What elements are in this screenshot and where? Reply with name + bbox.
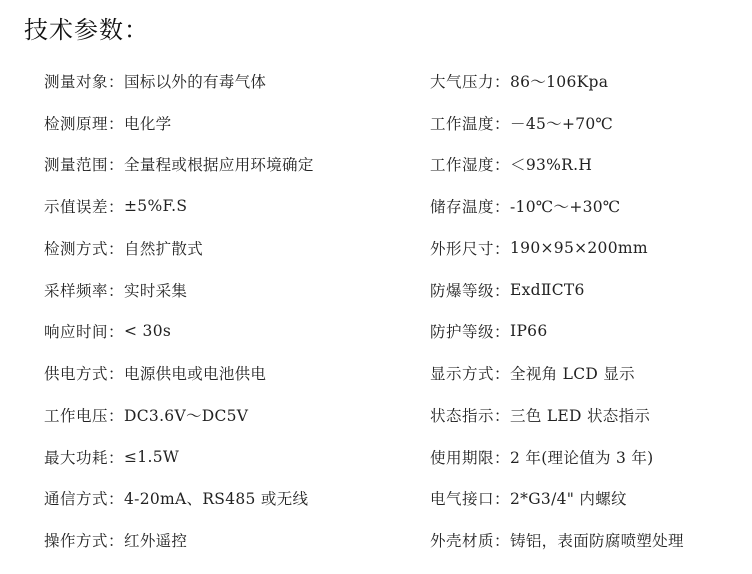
spec-label: 工作湿度： bbox=[430, 153, 510, 175]
spec-column-right: 大气压力：86～106Kpa 工作温度：－45～+70℃ 工作湿度：＜93%R.… bbox=[430, 60, 684, 561]
spec-row-power-supply: 供电方式：电源供电或电池供电 bbox=[44, 352, 314, 394]
spec-row-detection-principle: 检测原理：电化学 bbox=[44, 102, 314, 144]
spec-label: 储存温度： bbox=[430, 195, 510, 217]
spec-label: 外形尺寸： bbox=[430, 237, 510, 259]
spec-value: 电化学 bbox=[124, 112, 171, 134]
spec-row-working-voltage: 工作电压：DC3.6V～DC5V bbox=[44, 394, 314, 436]
spec-value: ＜93%R.H bbox=[510, 153, 592, 175]
spec-row-protection-level: 防护等级：IP66 bbox=[430, 311, 684, 353]
spec-value: 电源供电或电池供电 bbox=[124, 362, 266, 384]
spec-value: 全视角 LCD 显示 bbox=[510, 362, 635, 384]
spec-label: 状态指示： bbox=[430, 404, 510, 426]
spec-row-working-humidity: 工作湿度：＜93%R.H bbox=[430, 144, 684, 186]
spec-row-storage-temperature: 储存温度：-10℃～+30℃ bbox=[430, 185, 684, 227]
spec-row-explosion-proof: 防爆等级：ExdⅡCT6 bbox=[430, 269, 684, 311]
spec-label: 使用期限： bbox=[430, 446, 510, 468]
section-title: 技术参数： bbox=[24, 14, 149, 46]
spec-value: 红外遥控 bbox=[124, 529, 187, 551]
spec-row-response-time: 响应时间：< 30s bbox=[44, 311, 314, 353]
spec-value: ±5%F.S bbox=[124, 197, 187, 215]
spec-label: 工作温度： bbox=[430, 112, 510, 134]
spec-label: 防爆等级： bbox=[430, 279, 510, 301]
spec-row-measurement-range: 测量范围：全量程或根据应用环境确定 bbox=[44, 144, 314, 186]
spec-value: DC3.6V～DC5V bbox=[124, 404, 248, 426]
spec-label: 通信方式： bbox=[44, 487, 124, 509]
spec-value: 国标以外的有毒气体 bbox=[124, 70, 266, 92]
spec-label: 操作方式： bbox=[44, 529, 124, 551]
spec-value: 190×95×200mm bbox=[510, 239, 648, 257]
spec-label: 采样频率： bbox=[44, 279, 124, 301]
spec-label: 大气压力： bbox=[430, 70, 510, 92]
spec-value: IP66 bbox=[510, 322, 547, 340]
spec-row-max-power: 最大功耗：≤1.5W bbox=[44, 436, 314, 478]
spec-label: 防护等级： bbox=[430, 320, 510, 342]
spec-value: 铸铝，表面防腐喷塑处理 bbox=[510, 529, 684, 551]
spec-label: 最大功耗： bbox=[44, 446, 124, 468]
spec-column-left: 测量对象：国标以外的有毒气体 检测原理：电化学 测量范围：全量程或根据应用环境确… bbox=[44, 60, 314, 561]
spec-row-measurement-target: 测量对象：国标以外的有毒气体 bbox=[44, 60, 314, 102]
spec-label: 测量对象： bbox=[44, 70, 124, 92]
spec-label: 测量范围： bbox=[44, 153, 124, 175]
spec-row-housing-material: 外壳材质：铸铝，表面防腐喷塑处理 bbox=[430, 519, 684, 561]
spec-value: 三色 LED 状态指示 bbox=[510, 404, 650, 426]
spec-value: ExdⅡCT6 bbox=[510, 281, 585, 299]
spec-label: 检测原理： bbox=[44, 112, 124, 134]
spec-value: ≤1.5W bbox=[124, 448, 179, 466]
spec-label: 供电方式： bbox=[44, 362, 124, 384]
spec-row-electrical-interface: 电气接口：2*G3/4" 内螺纹 bbox=[430, 478, 684, 520]
spec-value: －45～+70℃ bbox=[510, 112, 613, 134]
spec-label: 显示方式： bbox=[430, 362, 510, 384]
spec-label: 外壳材质： bbox=[430, 529, 510, 551]
spec-label: 电气接口： bbox=[430, 487, 510, 509]
spec-value: 全量程或根据应用环境确定 bbox=[124, 153, 314, 175]
spec-label: 检测方式： bbox=[44, 237, 124, 259]
spec-row-indication-error: 示值误差：±5%F.S bbox=[44, 185, 314, 227]
spec-value: -10℃～+30℃ bbox=[510, 195, 621, 217]
spec-value: < 30s bbox=[124, 322, 171, 340]
spec-value: 自然扩散式 bbox=[124, 237, 203, 259]
spec-row-service-life: 使用期限：2 年(理论值为 3 年) bbox=[430, 436, 684, 478]
spec-value: 86～106Kpa bbox=[510, 70, 608, 92]
spec-row-working-temperature: 工作温度：－45～+70℃ bbox=[430, 102, 684, 144]
spec-label: 工作电压： bbox=[44, 404, 124, 426]
spec-row-dimensions: 外形尺寸：190×95×200mm bbox=[430, 227, 684, 269]
spec-value: 2*G3/4" 内螺纹 bbox=[510, 487, 627, 509]
spec-label: 响应时间： bbox=[44, 320, 124, 342]
spec-row-detection-method: 检测方式：自然扩散式 bbox=[44, 227, 314, 269]
spec-value: 4-20mA、RS485 或无线 bbox=[124, 487, 308, 509]
spec-value: 2 年(理论值为 3 年) bbox=[510, 446, 654, 468]
spec-row-sampling-frequency: 采样频率：实时采集 bbox=[44, 269, 314, 311]
spec-row-display: 显示方式：全视角 LCD 显示 bbox=[430, 352, 684, 394]
spec-row-atmospheric-pressure: 大气压力：86～106Kpa bbox=[430, 60, 684, 102]
spec-row-communication: 通信方式：4-20mA、RS485 或无线 bbox=[44, 478, 314, 520]
spec-label: 示值误差： bbox=[44, 195, 124, 217]
spec-row-operation: 操作方式：红外遥控 bbox=[44, 519, 314, 561]
spec-value: 实时采集 bbox=[124, 279, 187, 301]
spec-row-status-indicator: 状态指示：三色 LED 状态指示 bbox=[430, 394, 684, 436]
